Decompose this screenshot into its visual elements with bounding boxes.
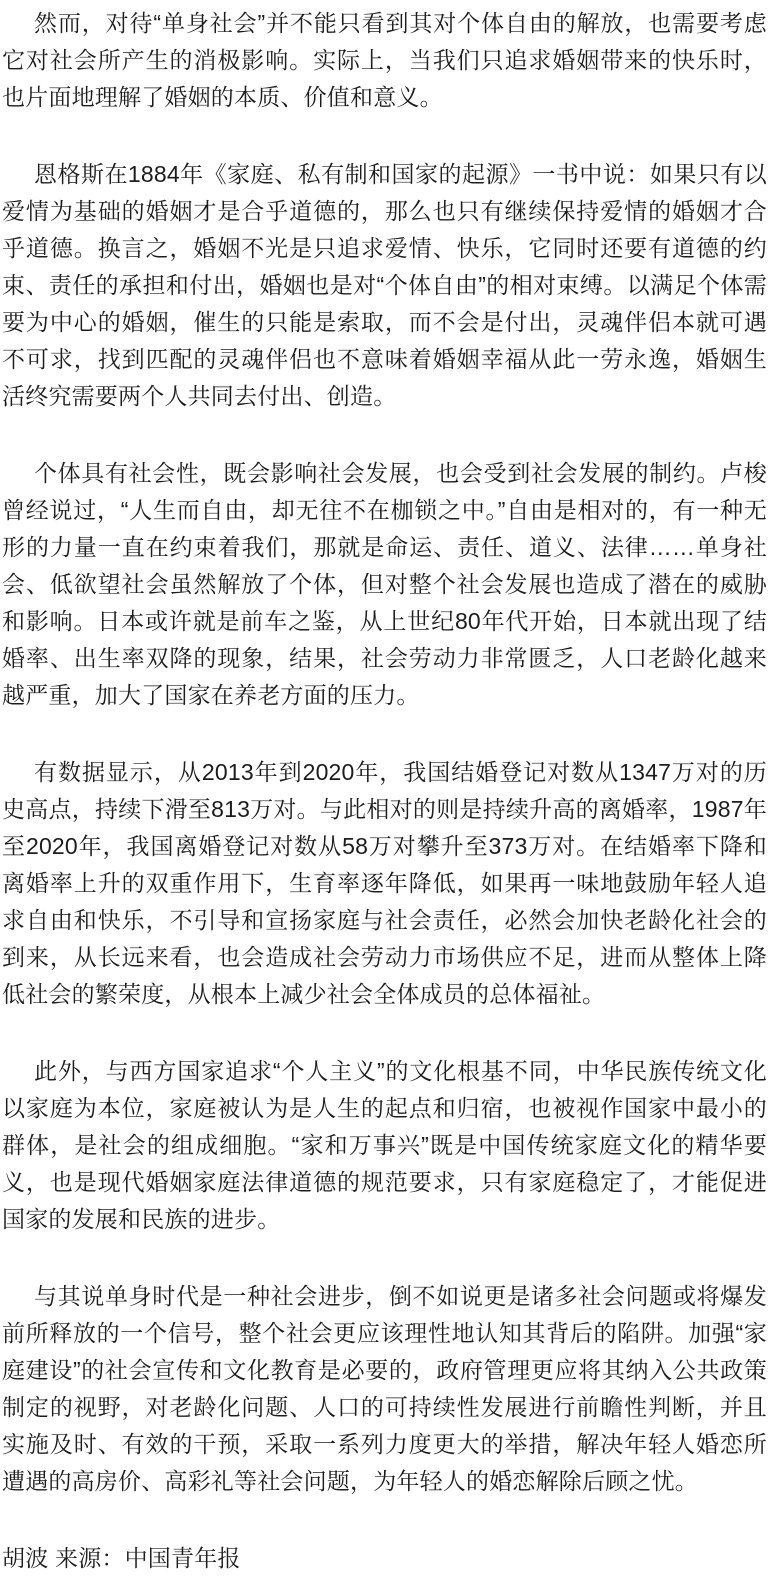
article-paragraph-3: 个体具有社会性，既会影响社会发展，也会受到社会发展的制约。卢梭曾经说过，“人生而… (2, 455, 767, 714)
article-paragraph-1: 然而，对待“单身社会”并不能只看到其对个体自由的解放，也需要考虑它对社会所产生的… (2, 5, 767, 116)
article-paragraph-6: 与其说单身时代是一种社会进步，倒不如说更是诸多社会问题或将爆发前所释放的一个信号… (2, 1278, 767, 1500)
article-body: 然而，对待“单身社会”并不能只看到其对个体自由的解放，也需要考虑它对社会所产生的… (0, 0, 771, 1577)
article-byline: 胡波 来源：中国青年报 (2, 1540, 767, 1577)
article-paragraph-5: 此外，与西方国家追求“个人主义”的文化根基不同，中华民族传统文化以家庭为本位，家… (2, 1053, 767, 1238)
article-paragraph-4: 有数据显示，从2013年到2020年，我国结婚登记对数从1347万对的历史高点，… (2, 754, 767, 1013)
article-paragraph-2: 恩格斯在1884年《家庭、私有制和国家的起源》一书中说：如果只有以爱情为基础的婚… (2, 156, 767, 415)
